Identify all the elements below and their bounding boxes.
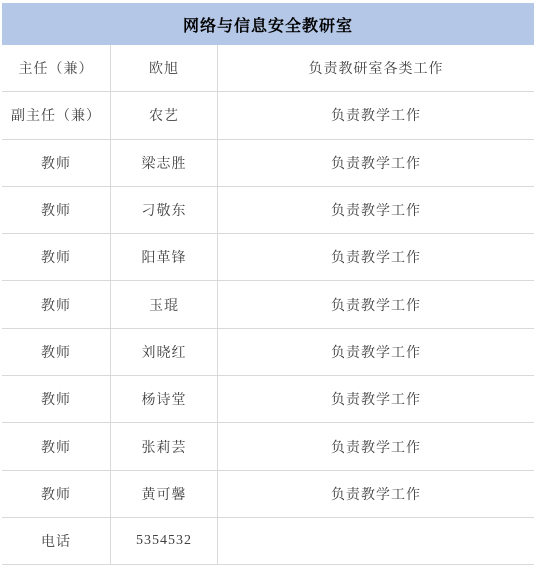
table-row: 教师杨诗堂负责教学工作: [2, 376, 534, 423]
table-row: 电话5354532: [2, 518, 534, 565]
duty-cell: 负责教学工作: [218, 234, 534, 280]
table-row: 主任（兼）欧旭负责教研室各类工作: [2, 45, 534, 92]
duty-cell: 负责教学工作: [218, 471, 534, 517]
duty-cell: 负责教学工作: [218, 140, 534, 186]
name-cell: 刘晓红: [111, 329, 218, 375]
position-cell: 教师: [2, 376, 111, 422]
name-cell: 欧旭: [111, 45, 218, 91]
name-cell: 玉琨: [111, 281, 218, 327]
name-cell: 阳革锋: [111, 234, 218, 280]
duty-cell: 负责教学工作: [218, 281, 534, 327]
position-cell: 教师: [2, 187, 111, 233]
name-cell: 梁志胜: [111, 140, 218, 186]
position-cell: 教师: [2, 329, 111, 375]
position-cell: 教师: [2, 281, 111, 327]
name-cell: 农艺: [111, 92, 218, 138]
name-cell: 杨诗堂: [111, 376, 218, 422]
table-row: 教师玉琨负责教学工作: [2, 281, 534, 328]
duty-cell: 负责教研室各类工作: [218, 45, 534, 91]
name-cell: 5354532: [111, 518, 218, 564]
position-cell: 副主任（兼）: [2, 92, 111, 138]
staff-table: 网络与信息安全教研室 主任（兼）欧旭负责教研室各类工作副主任（兼）农艺负责教学工…: [2, 3, 534, 565]
position-cell: 教师: [2, 140, 111, 186]
duty-cell: 负责教学工作: [218, 423, 534, 469]
position-cell: 教师: [2, 234, 111, 280]
name-cell: 张莉芸: [111, 423, 218, 469]
duty-cell: 负责教学工作: [218, 329, 534, 375]
table-title: 网络与信息安全教研室: [2, 3, 534, 45]
duty-cell: 负责教学工作: [218, 92, 534, 138]
position-cell: 主任（兼）: [2, 45, 111, 91]
table-row: 教师刘晓红负责教学工作: [2, 329, 534, 376]
duty-cell: 负责教学工作: [218, 376, 534, 422]
table-row: 教师阳革锋负责教学工作: [2, 234, 534, 281]
table-row: 教师刁敬东负责教学工作: [2, 187, 534, 234]
name-cell: 黄可馨: [111, 471, 218, 517]
table-body: 主任（兼）欧旭负责教研室各类工作副主任（兼）农艺负责教学工作教师梁志胜负责教学工…: [2, 45, 534, 565]
position-cell: 教师: [2, 423, 111, 469]
table-row: 副主任（兼）农艺负责教学工作: [2, 92, 534, 139]
table-row: 教师黄可馨负责教学工作: [2, 471, 534, 518]
duty-cell: [218, 518, 534, 564]
table-row: 教师张莉芸负责教学工作: [2, 423, 534, 470]
table-row: 教师梁志胜负责教学工作: [2, 140, 534, 187]
position-cell: 教师: [2, 471, 111, 517]
name-cell: 刁敬东: [111, 187, 218, 233]
duty-cell: 负责教学工作: [218, 187, 534, 233]
position-cell: 电话: [2, 518, 111, 564]
